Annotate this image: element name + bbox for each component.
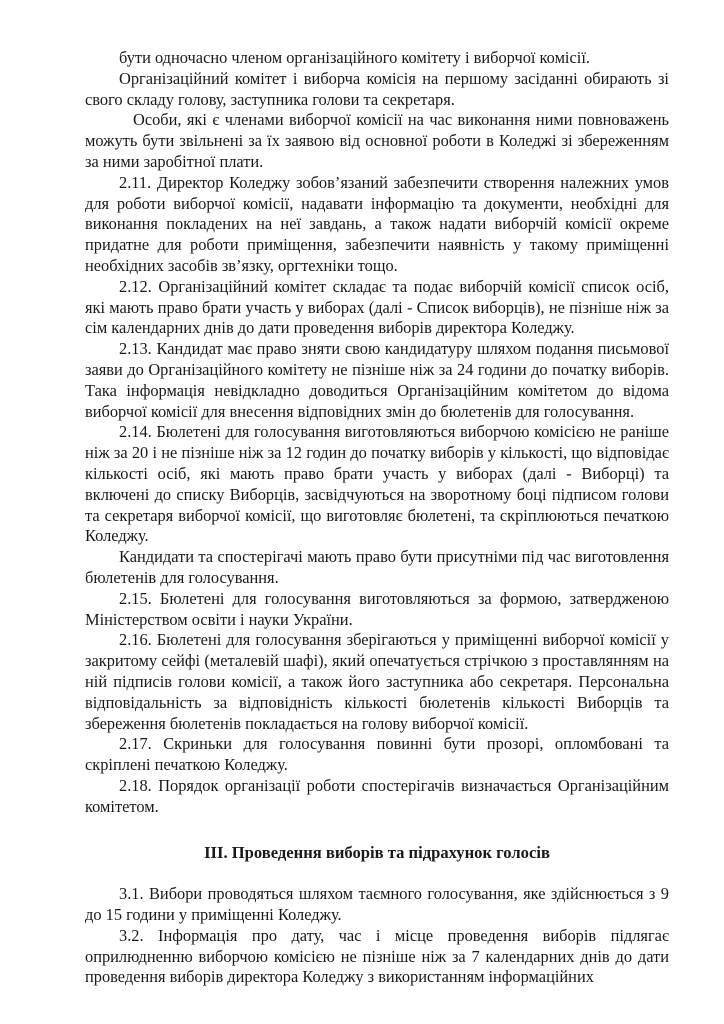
- paragraph-3-1: 3.1. Вибори проводяться шляхом таємного …: [85, 884, 669, 926]
- paragraph-heads-election: Організаційний комітет і виборча комісія…: [85, 69, 669, 111]
- paragraph-2-13: 2.13. Кандидат має право зняти свою канд…: [85, 339, 669, 422]
- paragraph-2-18: 2.18. Порядок організації роботи спостер…: [85, 776, 669, 818]
- paragraph-2-11: 2.11. Директор Коледжу зобов’язаний забе…: [85, 173, 669, 277]
- paragraph-members-release: Особи, які є членами виборчої комісії на…: [85, 110, 669, 172]
- paragraph-continuation: бути одночасно членом організаційного ко…: [85, 48, 669, 69]
- paragraph-2-15: 2.15. Бюлетені для голосування виготовля…: [85, 589, 669, 631]
- paragraph-2-17: 2.17. Скриньки для голосування повинні б…: [85, 734, 669, 776]
- document-page: бути одночасно членом організаційного ко…: [85, 48, 669, 988]
- paragraph-2-16: 2.16. Бюлетені для голосування зберігают…: [85, 630, 669, 734]
- section-heading: ІІІ. Проведення виборів та підрахунок го…: [85, 843, 669, 864]
- paragraph-2-14: 2.14. Бюлетені для голосування виготовля…: [85, 422, 669, 547]
- paragraph-3-2: 3.2. Інформація про дату, час і місце пр…: [85, 926, 669, 988]
- paragraph-2-12: 2.12. Організаційний комітет складає та …: [85, 277, 669, 339]
- paragraph-observers: Кандидати та спостерігачі мають право бу…: [85, 547, 669, 589]
